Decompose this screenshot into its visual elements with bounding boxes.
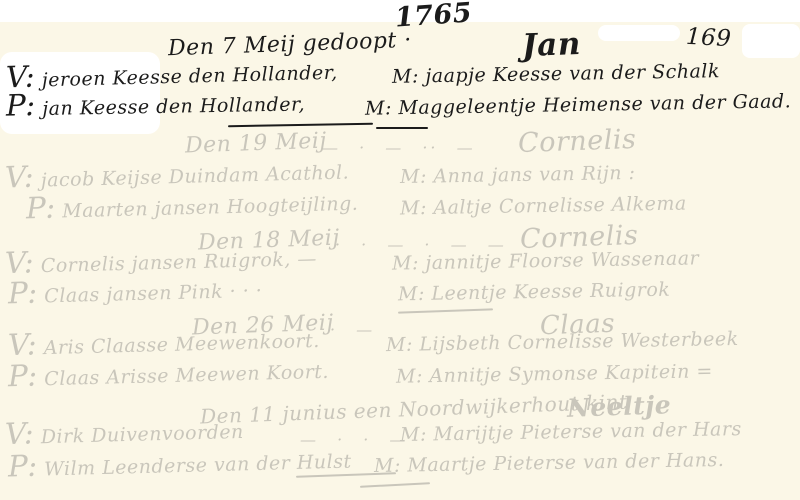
paper-highlight (742, 24, 800, 58)
entry4-father: V: Aris Claasse Meewenkoort. (8, 330, 320, 360)
entry1-mother: M: jaapje Keesse van der Schalk (392, 60, 720, 88)
paper-highlight (598, 25, 680, 41)
entry4-witness-father: P: Claas Arisse Meewen Koort. (8, 361, 329, 391)
entry1-underline (228, 123, 373, 128)
entry3-witness-mother: M: Leentje Keesse Ruigrok (398, 279, 671, 306)
entry1-date: Den 7 Meij gedoopt · (168, 28, 413, 61)
entry1-underline-short (376, 127, 428, 129)
baptism-register-scan: 1765 Den 7 Meij gedoopt · Jan 169 V: jer… (0, 0, 800, 500)
entry4-dashes: · — (330, 320, 375, 339)
entry3-witness-father: P: Claas jansen Pink · · · (8, 280, 263, 309)
entry5-dashes: — · · — (300, 430, 408, 449)
entry1-witness-father: P: jan Keesse den Hollander, (6, 93, 305, 120)
entry5-flourish (360, 482, 430, 487)
entry3-underline (398, 308, 493, 313)
entry2-date: Den 19 Meij (185, 129, 328, 159)
entry2-witness-mother: M: Aaltje Cornelisse Alkema (400, 192, 687, 219)
entry1-child-name: Jan (521, 26, 581, 64)
entry5-child-name: Neeltje (567, 390, 672, 423)
entry3-mother: M: jannitje Floorse Wassenaar (392, 247, 699, 274)
entry1-witness-mother: M: Maggeleentje Heimense van der Gaad. (365, 90, 792, 119)
entry5-witness-mother: M: Maartje Pieterse van der Hans. (374, 449, 725, 477)
entry2-father: V: jacob Keijse Duindam Acathol. (5, 161, 350, 192)
entry4-mother: M: Lijsbeth Cornelisse Westerbeek (386, 328, 739, 356)
entry3-father: V: Cornelis jansen Ruigrok, — (5, 248, 317, 278)
entry2-child-name: Cornelis (517, 124, 636, 159)
entry1-father: V: jeroen Keesse den Hollander, (6, 62, 338, 93)
entry2-mother: M: Anna jans van Rijn : (400, 162, 636, 188)
entry2-witness-father: P: Maarten jansen Hoogteijling. (26, 193, 359, 224)
entry4-witness-mother: M: Annitje Symonse Kapitein = (396, 360, 713, 388)
entry2-dashes: — · — ·· — (322, 138, 476, 157)
entry5-mother: M: Marijtje Pieterse van der Hars (400, 418, 742, 446)
entry5-father: V: Dirk Duivenvoorden (5, 421, 244, 449)
folio-number: 169 (685, 24, 732, 52)
